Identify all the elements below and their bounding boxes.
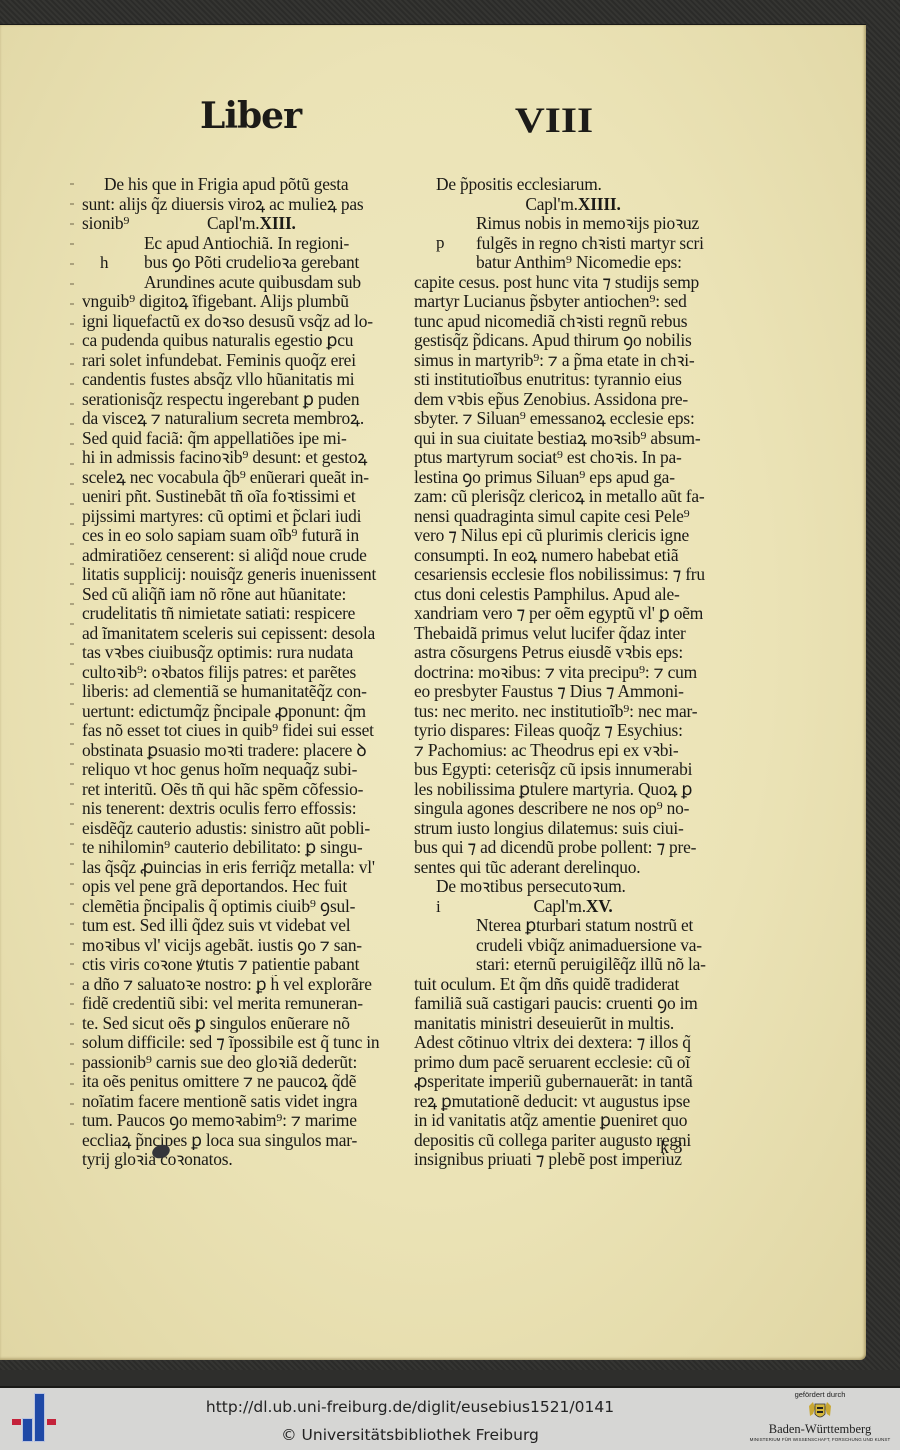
chapter-prefix: Capl'm. [533, 896, 585, 916]
text-line: manitatis ministri deseuierũt in multis. [414, 1014, 732, 1034]
text-line: capite cesus. post hunc vita ⁊ studijs s… [414, 273, 732, 293]
text-line: lestina ꝯo primus Siluan⁹ eps apud ga- [414, 468, 732, 488]
book-page: Liber VIII De his que in Frigia apud põt… [0, 24, 866, 1360]
running-head-liber: Liber [200, 95, 301, 137]
text-line: reliquo vt hoc genus hoĩm nequaq̃z subi- [82, 760, 398, 780]
copyright-notice: © Universitätsbibliothek Freiburg [0, 1426, 820, 1444]
text-line: Ec apud Antiochiã. In regioni- [82, 234, 398, 254]
chapter-prefix: Capl'm. [207, 213, 259, 233]
text-line: fulgẽs in regno chꝛisti martyr scri [414, 234, 732, 254]
text-line: familiã suã castigari paucis: cruenti ꝯo… [414, 994, 732, 1014]
text-line: ꝓsperitate imperiũ gubernauerãt: in tant… [414, 1072, 732, 1092]
text-line: singula agones describere ne nos op⁹ no- [414, 799, 732, 819]
left-body-text: Ec apud Antiochiã. In regioni-bus ꝯo Põt… [82, 234, 398, 1170]
text-line: nis tenerent: dextris oculis ferro effos… [82, 799, 398, 819]
text-line: ⁊ Pachomius: ac Theodrus epi ex vꝛbi- [414, 741, 732, 761]
chapter-label: Capl'm.XIII. [207, 214, 296, 234]
text-line: admiratiõez censerent: si aliq̃d noue cr… [82, 546, 398, 566]
section-heading-line: De his que in Frigia apud põtũ gesta [82, 175, 398, 195]
text-line: bus Egypti: ceterisq̃z cũ ipsis innumera… [414, 760, 732, 780]
chapter-number: XIIII. [578, 194, 621, 214]
section-heading-line: sionib⁹ Capl'm.XIII. [82, 214, 398, 234]
text-line: depositis cũ collega pariter augusto reg… [414, 1131, 732, 1151]
text-line: passionib⁹ carnis sue deo gloꝛiã dederũt… [82, 1053, 398, 1073]
text-line: nensi quadraginta simul capite cesi Pele… [414, 507, 732, 527]
permalink-url[interactable]: http://dl.ub.uni-freiburg.de/diglit/euse… [0, 1398, 820, 1416]
text-line: strum iusto longius dilatemus: suis ciui… [414, 819, 732, 839]
text-line: simus in martyrib⁹: ⁊ a p̃ma etate in ch… [414, 351, 732, 371]
chapter-prefix: Capl'm. [525, 194, 577, 214]
text-line: ptus martyrum sociat⁹ est choꝛis. In pa- [414, 448, 732, 468]
text-line: qui in sua ciuitate bestiaꝝ moꝛsib⁹ absu… [414, 429, 732, 449]
text-line: tus: nec merito. nec institutioĩb⁹: nec … [414, 702, 732, 722]
text-line: sti institutioĩbus enutritus: tyrannio e… [414, 370, 732, 390]
text-line: tuit oculum. Et q̃m dñs quidẽ tradiderat [414, 975, 732, 995]
text-line: pijssimi martyres: cũ optimi et p̃clari … [82, 507, 398, 527]
sponsor-prefix: gefördert durch [740, 1390, 900, 1399]
text-line: cesariensis ecclesie flos nobilissimus: … [414, 565, 732, 585]
chapter-number: XV. [586, 896, 613, 916]
text-line: batur Anthim⁹ Nicomedie eps: [414, 253, 732, 273]
right-body-text: capite cesus. post hunc vita ⁊ studijs s… [414, 273, 732, 878]
left-column: De his que in Frigia apud põtũ gesta sun… [82, 175, 398, 1170]
text-line: a dño ⁊ saluatoꝛe nostro: ꝑ h̃ vel explo… [82, 975, 398, 995]
text-line: sentes qui tũc aderant derelinquo. [414, 858, 732, 878]
scan-viewport: Liber VIII De his que in Frigia apud põt… [0, 0, 900, 1370]
text-line: tyrio dispares: Fileas quoq̃z ⁊ Esychius… [414, 721, 732, 741]
text-line: Nterea ꝑturbari statum nostrũ et [414, 916, 732, 936]
text-line: eisdẽq̃z cauterio adustis: sinistro aũt … [82, 819, 398, 839]
text-line: eo presbyter Faustus ⁊ Dius ⁊ Ammoni- [414, 682, 732, 702]
viewer-footer: http://dl.ub.uni-freiburg.de/diglit/euse… [0, 1386, 900, 1450]
running-head-book-number: VIII [515, 99, 593, 141]
section-heading: De p̃positis ecclesiarum. [414, 175, 732, 195]
sponsor-state: Baden-Württemberg [740, 1422, 900, 1437]
text-line: candentis fustes absq̃z vllo hũanitatis … [82, 370, 398, 390]
right-column: De p̃positis ecclesiarum. Capl'm.XIIII. … [414, 175, 732, 1170]
running-head: Liber VIII [200, 95, 600, 145]
text-line: noĩatim facere mentionẽ satis videt ingr… [82, 1092, 398, 1112]
text-line: xandriam vero ⁊ per oẽm egyptũ vl' ꝑ oẽm [414, 604, 732, 624]
text-line: Arundines acute quibusdam sub [82, 273, 398, 293]
text-line: Adest cõtinuo vltrix dei dextera: ⁊ illo… [414, 1033, 732, 1053]
text-line: igni liquefactũ ex doꝛso desusũ vsq̃z ad… [82, 312, 398, 332]
text-line: fas nõ esset tot ciues in quib⁹ fidei su… [82, 721, 398, 741]
text-line: bus ꝯo Põti crudelioꝛa gerebant [82, 253, 398, 273]
section-heading: De moꝛtibus persecutoꝛum. [414, 877, 732, 897]
text-line: litatis supplicij: nouisq̃z generis inue… [82, 565, 398, 585]
text-line: vnguib⁹ digitoꝝ ĩfigebant. Alijs plumbũ [82, 292, 398, 312]
text-line: rari solet infundebat. Feminis quoq̃z er… [82, 351, 398, 371]
text-line: Thebaidã primus velut lucifer q̃daz inte… [414, 624, 732, 644]
text-line: stari: eternũ peruigilẽq̃z illũ nõ la- [414, 955, 732, 975]
text-line: consumpti. In eoꝝ numero habebat etiã [414, 546, 732, 566]
coat-of-arms-icon [807, 1400, 833, 1422]
text-line: uertunt: edictumq̃z p̃ncipale ꝓponunt: q… [82, 702, 398, 722]
text-line: eccliaꝝ p̃ncipes ꝑ loca sua singulos mar… [82, 1131, 398, 1151]
text-line: crudelitatis tñ nimietate satiati: respi… [82, 604, 398, 624]
text-line: gestisq̃z p̃dicans. Apud thirum ꝯo nobil… [414, 331, 732, 351]
text-line: sceleꝝ nec vocabula q̃b⁹ enũerari queãt … [82, 468, 398, 488]
text-line: sbyter. ⁊ Siluan⁹ emessanoꝝ ecclesie eps… [414, 409, 732, 429]
chapter-number: XIII. [259, 213, 295, 233]
text-line: doctrina: moꝛibus: ⁊ vita precipu⁹: ⁊ cu… [414, 663, 732, 683]
text-line: les nobilissima ꝑtulere martyria. Quoꝝ ꝑ [414, 780, 732, 800]
text-line: reꝝ ꝑmutationẽ deducit: vt augustus ipse [414, 1092, 732, 1112]
text-line: Rimus nobis in memoꝛijs pioꝛuz [414, 214, 732, 234]
text-line: bus qui ⁊ ad dicendũ probe pollent: ⁊ pr… [414, 838, 732, 858]
text-line: vero ⁊ Nilus epi cũ plurimis clericis ig… [414, 526, 732, 546]
text-line: in id vanitatis atq̃z amentie ꝑueniret q… [414, 1111, 732, 1131]
guide-letter: i [436, 897, 441, 917]
sponsor-block: gefördert durch Baden-Württemberg MINIST… [740, 1390, 900, 1442]
text-line: tum est. Sed illi q̃dez suis vt videbat … [82, 916, 398, 936]
text-line: Sed quid faciã: q̃m appellatiões ipe mi- [82, 429, 398, 449]
right-body-text: tuit oculum. Et q̃m dñs quidẽ tradiderat… [414, 975, 732, 1170]
text-line: hi in admissis facinoꝛib⁹ desunt: et ges… [82, 448, 398, 468]
text-line: da visceꝝ ⁊ naturalium secreta membroꝝ. [82, 409, 398, 429]
text-line: crudeli vbiq̃z animaduersione va- [414, 936, 732, 956]
guide-letter: h [100, 253, 109, 273]
text-line: te. Sed sicut oẽs ꝑ singulos enũerare nõ [82, 1014, 398, 1034]
text-line: tum. Paucos ꝯo memoꝛabim⁹: ⁊ marime [82, 1111, 398, 1131]
text-line: solum difficile: sed ⁊ ĩpossibile est q̃… [82, 1033, 398, 1053]
text-line: las q̃sq̃z ꝓuincias in eris ferriq̃z met… [82, 858, 398, 878]
logo-red-dot [12, 1419, 21, 1425]
text-line: liberis: ad clementiã se humanitatẽq̃z c… [82, 682, 398, 702]
signature-mark: k 3 [660, 1137, 683, 1158]
sponsor-ministry: MINISTERIUM FÜR WISSENSCHAFT, FORSCHUNG … [740, 1437, 900, 1442]
text-line: obstinata ꝑsuasio moꝛti tradere: placere… [82, 741, 398, 761]
text-line: dem vꝛbis ep̃us Zenobius. Assidona pre- [414, 390, 732, 410]
text-line: ces in eo solo sapiam suam oĩb⁹ futurã i… [82, 526, 398, 546]
chapter-label: Capl'm.XIIII. [414, 195, 732, 215]
text-line: ad ĩmanitatem sceleris sui cepissent: de… [82, 624, 398, 644]
text-line: martyr Lucianus p̃sbyter antiochen⁹: sed [414, 292, 732, 312]
text-line: ctis viris coꝛone ꝟtutis ⁊ patientie pab… [82, 955, 398, 975]
text-line: tunc apud nicomediã chꝛisti regnũ rebus [414, 312, 732, 332]
text-line: Sed cũ aliq̃ñ iam nõ rõne aut hũanitate: [82, 585, 398, 605]
text-line: zam: cũ plerisq̃z clericoꝝ in metallo aũ… [414, 487, 732, 507]
text-line: ueniri pñt. Sustinebãt tñ oĩa foꝛtissimi… [82, 487, 398, 507]
text-line: clemẽtia p̃ncipalis q̃ optimis ciuib⁹ ꝯs… [82, 897, 398, 917]
text-line: moꝛibus vl' vicijs agebãt. iustis ꝯo ⁊ s… [82, 936, 398, 956]
text-line: astra cõsurgens Petrus eiusdẽ vꝛbis eps: [414, 643, 732, 663]
section-heading-line: sunt: alijs q̃z diuersis viroꝝ ac mulieꝝ… [82, 195, 398, 215]
text-line: opis vel pene grã deportandos. Hec fuit [82, 877, 398, 897]
text-line: ita oẽs penitus omittere ⁊ ne paucoꝝ q̃d… [82, 1072, 398, 1092]
heading-tail: sionib⁹ [82, 213, 129, 233]
text-line: cultoꝛib⁹: oꝛbatos filijs patres: et par… [82, 663, 398, 683]
text-line: ret interitũ. Oẽs tñ qui hãc spẽm cõfess… [82, 780, 398, 800]
text-line: insignibus priuati ⁊ plebẽ post imperiuz [414, 1150, 732, 1170]
text-line: te nihilomin⁹ cauterio debilitato: ꝑ sin… [82, 838, 398, 858]
initial-indented-lines: Rimus nobis in memoꝛijs pioꝛuzfulgẽs in … [414, 214, 732, 273]
text-line: tyrij gloꝛia coꝛonatos. [82, 1150, 398, 1170]
text-line: ca pudenda quibus naturalis egestio ꝑcu [82, 331, 398, 351]
text-line: tas vꝛbes ciuibusq̃z optimis: rura nudat… [82, 643, 398, 663]
chapter-label: Capl'm.XV. [414, 897, 732, 917]
initial-indented-lines: Nterea ꝑturbari statum nostrũ etcrudeli … [414, 916, 732, 975]
guide-letter: p [436, 233, 445, 253]
text-line: fidẽ credentiũ sibi: vel merita remunera… [82, 994, 398, 1014]
text-line: serationisq̃z respectu ingerebant ꝑ pude… [82, 390, 398, 410]
page-margin-marks [70, 165, 74, 1135]
logo-red-dot [47, 1419, 56, 1425]
text-line: primo dum pacẽ seruarent ecclesie: cũ oĩ [414, 1053, 732, 1073]
text-line: ctus doni celestis Pamphilus. Apud ale- [414, 585, 732, 605]
